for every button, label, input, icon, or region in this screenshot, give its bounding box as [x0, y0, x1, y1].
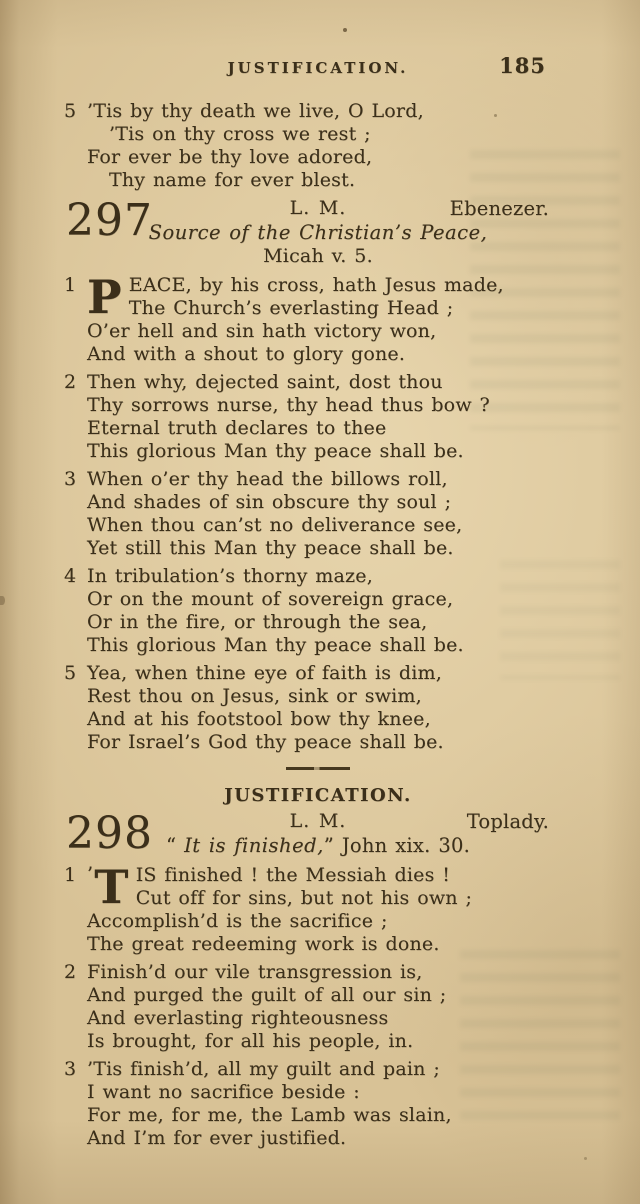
subtitle-italic: It is finished, [184, 834, 324, 857]
verse-number: 2 [64, 961, 76, 984]
verse-line: And everlasting righteousness [87, 1007, 549, 1030]
verse-line: Or in the fire, or through the sea, [87, 611, 549, 634]
section-heading: JUSTIFICATION. [87, 784, 549, 808]
verse-line: When o’er thy head the billows roll, [87, 468, 549, 491]
verse-line: ’Tis on thy cross we rest ; [109, 123, 549, 146]
drop-cap-apostrophe: ’ [87, 864, 93, 884]
verse-line: For me, for me, the Lamb was slain, [87, 1104, 549, 1127]
hymn-297-verses: 1PEACE, by his cross, hath Jesus made,Th… [87, 274, 549, 754]
verse-line: Finish’d our vile transgression is, [87, 961, 549, 984]
carryover-verse-block: 5’Tis by thy death we live, O Lord,’Tis … [87, 100, 549, 192]
hymn-meter: L. M. [290, 197, 347, 219]
verse-line: And purged the guilt of all our sin ; [87, 984, 549, 1007]
verse-number: 2 [64, 371, 76, 394]
running-header-title: JUSTIFICATION. [228, 59, 409, 77]
hymn-verse: 5Yea, when thine eye of faith is dim,Res… [87, 662, 549, 754]
scripture-reference: Micah v. 5. [87, 245, 549, 268]
verse-line: And shades of sin obscure thy soul ; [87, 491, 549, 514]
verse-number: 3 [64, 468, 76, 491]
ink-speck [0, 596, 5, 605]
verse-body: When o’er thy head the billows roll,And … [87, 468, 549, 560]
running-header: JUSTIFICATION. 185 [87, 56, 549, 80]
hymn-298-verses: 1’TIS finished ! the Messiah dies !Cut o… [87, 864, 549, 1150]
verse-body: ’TIS finished ! the Messiah dies !Cut of… [87, 864, 549, 956]
hymn-divider-rule [286, 767, 350, 770]
drop-cap-initial: T [94, 865, 128, 909]
meter-row: L. M. Ebenezer. [87, 197, 549, 221]
hymn-297-header: 297 L. M. Ebenezer. Source of the Christ… [87, 197, 549, 268]
verse-line: ’Tis by thy death we live, O Lord, [87, 100, 549, 123]
hymn-meter: L. M. [290, 810, 347, 832]
hymn-verse: 2Finish’d our vile transgression is,And … [87, 961, 549, 1053]
verse-line: This glorious Man thy peace shall be. [87, 440, 549, 463]
hymnal-page-scan: JUSTIFICATION. 185 5’Tis by thy death we… [0, 0, 640, 1204]
hymn-verse: 4In tribulation’s thorny maze,Or on the … [87, 565, 549, 657]
hymn-verse: 3When o’er thy head the billows roll,And… [87, 468, 549, 560]
verse-line: Yet still this Man thy peace shall be. [87, 537, 549, 560]
verse-number: 5 [64, 662, 76, 685]
verse-line: In tribulation’s thorny maze, [87, 565, 549, 588]
verse-number: 5 [64, 100, 76, 123]
hymn-verse: 1PEACE, by his cross, hath Jesus made,Th… [87, 274, 549, 366]
verse-line: ’Tis finish’d, all my guilt and pain ; [87, 1058, 549, 1081]
verse-line: Eternal truth declares to thee [87, 417, 549, 440]
verse-body: Then why, dejected saint, dost thouThy s… [87, 371, 549, 463]
verse-line: And at his footstool bow thy knee, [87, 708, 549, 731]
verse-line: Is brought, for all his people, in. [87, 1030, 549, 1053]
verse-line: IS finished ! the Messiah dies ! [87, 864, 549, 887]
hymn-subtitle: Source of the Christian’s Peace, [87, 221, 549, 245]
verse-line: And I’m for ever justified. [87, 1127, 549, 1150]
verse-line: Rest thou on Jesus, sink or swim, [87, 685, 549, 708]
subtitle-post: ” John xix. 30. [324, 834, 470, 857]
hymn-298: 298 L. M. Toplady. “ It is finished,” Jo… [87, 810, 549, 1150]
hymn-298-header: 298 L. M. Toplady. “ It is finished,” Jo… [87, 810, 549, 858]
hymn-tune-name: Toplady. [467, 810, 549, 833]
verse-line: Yea, when thine eye of faith is dim, [87, 662, 549, 685]
verse-body: Yea, when thine eye of faith is dim,Rest… [87, 662, 549, 754]
hymn-297: 297 L. M. Ebenezer. Source of the Christ… [87, 197, 549, 754]
verse-line: Or on the mount of sovereign grace, [87, 588, 549, 611]
verse-line: For Israel’s God thy peace shall be. [87, 731, 549, 754]
drop-cap-initial: P [87, 275, 122, 319]
hymn-tune-name: Ebenezer. [450, 197, 549, 220]
verse-line: When thou can’st no deliverance see, [87, 514, 549, 537]
verse-line: Thy sorrows nurse, thy head thus bow ? [87, 394, 549, 417]
subtitle-pre: “ [166, 834, 184, 857]
verse-body: Finish’d our vile transgression is,And p… [87, 961, 549, 1053]
hymn-verse: 2Then why, dejected saint, dost thouThy … [87, 371, 549, 463]
page-number: 185 [499, 54, 546, 77]
verse-line: For ever be thy love adored, [87, 146, 549, 169]
verse-number: 4 [64, 565, 76, 588]
verse-line: Accomplish’d is the sacrifice ; [87, 910, 549, 933]
meter-row: L. M. Toplady. [87, 810, 549, 834]
verse-number: 3 [64, 1058, 76, 1081]
verse-line: Then why, dejected saint, dost thou [87, 371, 549, 394]
verse-body: ’Tis by thy death we live, O Lord,’Tis o… [87, 100, 549, 192]
ink-speck [584, 1157, 587, 1160]
verse-number: 1 [64, 274, 76, 297]
subtitle-italic: Source of the Christian’s Peace, [149, 221, 488, 244]
hymn-verse: 5’Tis by thy death we live, O Lord,’Tis … [87, 100, 549, 192]
verse-number: 1 [64, 864, 76, 887]
hymn-verse: 1’TIS finished ! the Messiah dies !Cut o… [87, 864, 549, 956]
verse-line: I want no sacrifice beside : [87, 1081, 549, 1104]
verse-line: Thy name for ever blest. [109, 169, 549, 192]
verse-line: Cut off for sins, but not his own ; [87, 887, 549, 910]
hymn-verse: 3’Tis finish’d, all my guilt and pain ;I… [87, 1058, 549, 1150]
verse-line: This glorious Man thy peace shall be. [87, 634, 549, 657]
verse-body: PEACE, by his cross, hath Jesus made,The… [87, 274, 549, 366]
verse-line: O’er hell and sin hath victory won, [87, 320, 549, 343]
text-column: JUSTIFICATION. 185 5’Tis by thy death we… [87, 0, 549, 1155]
hymn-subtitle: “ It is finished,” John xix. 30. [87, 834, 549, 858]
verse-line: The Church’s everlasting Head ; [87, 297, 549, 320]
verse-line: The great redeeming work is done. [87, 933, 549, 956]
verse-body: In tribulation’s thorny maze,Or on the m… [87, 565, 549, 657]
verse-line: And with a shout to glory gone. [87, 343, 549, 366]
verse-body: ’Tis finish’d, all my guilt and pain ;I … [87, 1058, 549, 1150]
verse-line: EACE, by his cross, hath Jesus made, [87, 274, 549, 297]
